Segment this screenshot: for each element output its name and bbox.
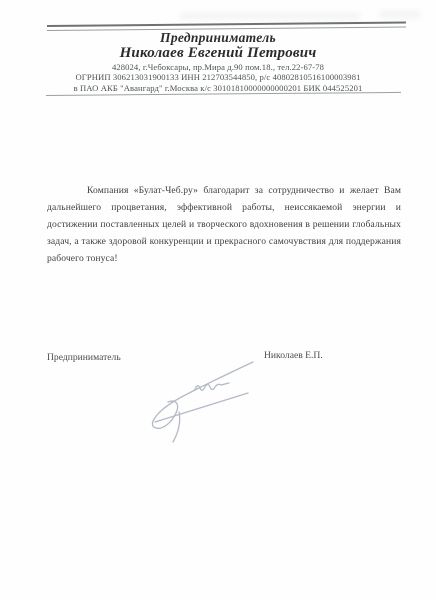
letterhead-divider bbox=[46, 92, 401, 96]
signer-name: Николаев Е.П. bbox=[264, 350, 323, 361]
letterhead-address: 428024, г.Чебоксары, пр.Мира д.90 пом.18… bbox=[0, 62, 436, 72]
letterhead-title: Предприниматель bbox=[0, 30, 436, 45]
handwritten-signature-icon bbox=[135, 356, 270, 448]
letterhead-name: Николаев Евгений Петрович bbox=[0, 45, 436, 61]
letterhead: Предприниматель Николаев Евгений Петрови… bbox=[0, 30, 436, 93]
scan-artifact bbox=[380, 11, 420, 18]
letterhead-registration: ОГРНИП 306213031900133 ИНН 212703544850,… bbox=[0, 72, 436, 82]
scanned-letter-page: Предприниматель Николаев Евгений Петрови… bbox=[0, 0, 436, 600]
signer-role-label: Предприниматель bbox=[47, 352, 121, 363]
scan-artifact bbox=[180, 13, 360, 19]
letterhead-bank-details: в ПАО АКБ "Авангард" г.Москва к/с 301018… bbox=[0, 83, 436, 93]
letter-body-paragraph: Компания «Булат-Чеб.ру» благодарит за со… bbox=[47, 182, 401, 267]
